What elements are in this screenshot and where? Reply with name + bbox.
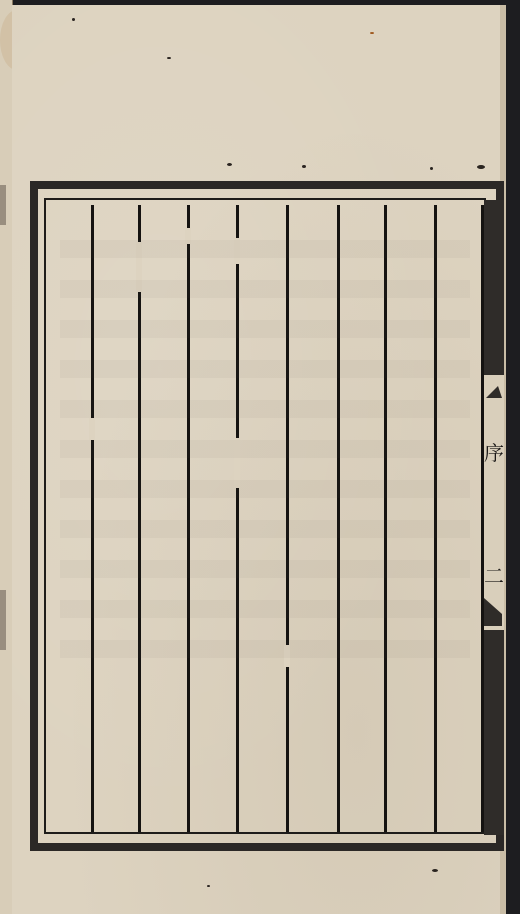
column-rule [481, 205, 484, 832]
paper-speck [72, 18, 75, 21]
show-through-text [60, 240, 470, 660]
paper-speck [227, 163, 232, 166]
banxin-column [482, 375, 504, 630]
gutter-ink-mark [0, 590, 6, 650]
banxin-black-mouth-bottom [484, 630, 504, 835]
paper-speck [430, 167, 433, 170]
paper-speck [432, 869, 438, 872]
paper-speck [167, 57, 171, 59]
paper-speck [477, 165, 485, 169]
gutter-ink-mark [0, 185, 6, 225]
banxin-page-number: 二 [483, 565, 505, 587]
paper-speck [302, 165, 306, 168]
fishtail-bottom-icon [484, 596, 504, 626]
banxin-black-mouth-top [484, 200, 504, 375]
fishtail-top-icon [484, 384, 504, 400]
paper-speck [370, 32, 374, 34]
banxin-title-char: 序 [483, 442, 505, 464]
paper-speck [207, 885, 210, 887]
